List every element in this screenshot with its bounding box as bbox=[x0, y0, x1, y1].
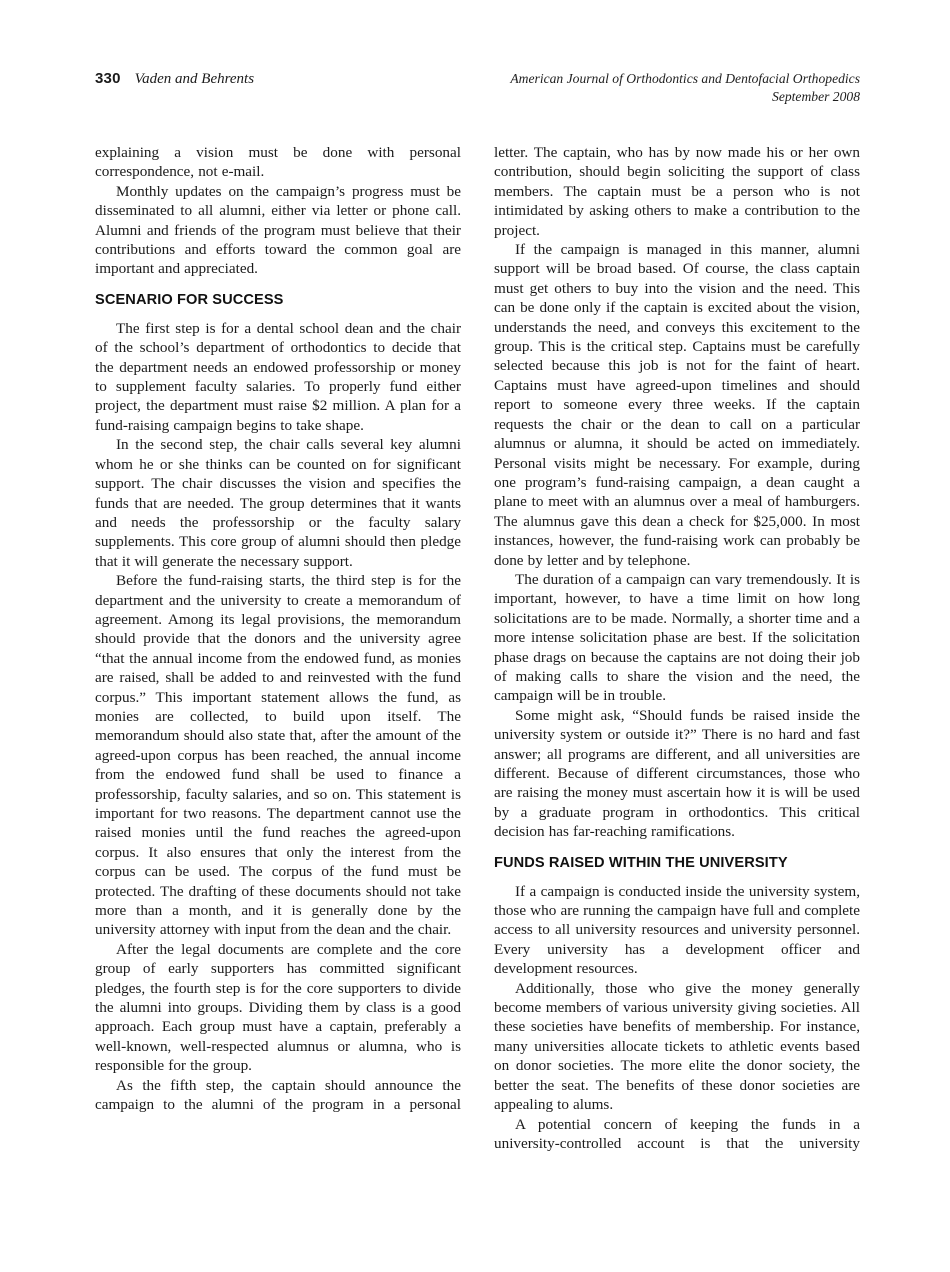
paragraph-campaign-duration: The duration of a campaign can vary trem… bbox=[494, 570, 860, 706]
paragraph-first-step: The first step is for a dental school de… bbox=[95, 319, 461, 435]
issue-date: September 2008 bbox=[510, 88, 860, 106]
paragraph-monthly-updates: Monthly updates on the campaign’s progre… bbox=[95, 182, 461, 279]
paragraph-additionally: Additionally, those who give the money g… bbox=[494, 979, 860, 1115]
running-head-right: American Journal of Orthodontics and Den… bbox=[510, 70, 860, 105]
running-head-left: 330Vaden and Behrents bbox=[95, 70, 254, 88]
right-column: letter. The captain, who has by now made… bbox=[494, 143, 860, 1153]
journal-name: American Journal of Orthodontics and Den… bbox=[510, 70, 860, 88]
paragraph-continuation: letter. The captain, who has by now made… bbox=[494, 143, 860, 240]
running-authors: Vaden and Behrents bbox=[135, 71, 254, 87]
paragraph-fourth-step: After the legal documents are complete a… bbox=[95, 940, 461, 1076]
page-header: 330Vaden and Behrents American Journal o… bbox=[95, 70, 860, 105]
paragraph-potential-concern: A potential concern of keeping the funds… bbox=[494, 1115, 860, 1154]
paragraph-continuation: explaining a vision must be done with pe… bbox=[95, 143, 461, 182]
journal-page: 330Vaden and Behrents American Journal o… bbox=[0, 0, 950, 1272]
article-body: explaining a vision must be done with pe… bbox=[95, 143, 860, 1153]
left-column: explaining a vision must be done with pe… bbox=[95, 143, 461, 1153]
paragraph-fifth-step: As the fifth step, the captain should an… bbox=[95, 1076, 461, 1115]
section-heading-scenario-for-success: SCENARIO FOR SUCCESS bbox=[95, 292, 461, 309]
paragraph-third-step: Before the fund-raising starts, the thir… bbox=[95, 571, 461, 940]
paragraph-campaign-managed: If the campaign is managed in this manne… bbox=[494, 240, 860, 570]
paragraph-some-might-ask: Some might ask, “Should funds be raised … bbox=[494, 706, 860, 842]
paragraph-inside-university: If a campaign is conducted inside the un… bbox=[494, 882, 860, 979]
section-heading-funds-raised: FUNDS RAISED WITHIN THE UNIVERSITY bbox=[494, 855, 860, 872]
page-number: 330 bbox=[95, 70, 121, 87]
paragraph-second-step: In the second step, the chair calls seve… bbox=[95, 435, 461, 571]
